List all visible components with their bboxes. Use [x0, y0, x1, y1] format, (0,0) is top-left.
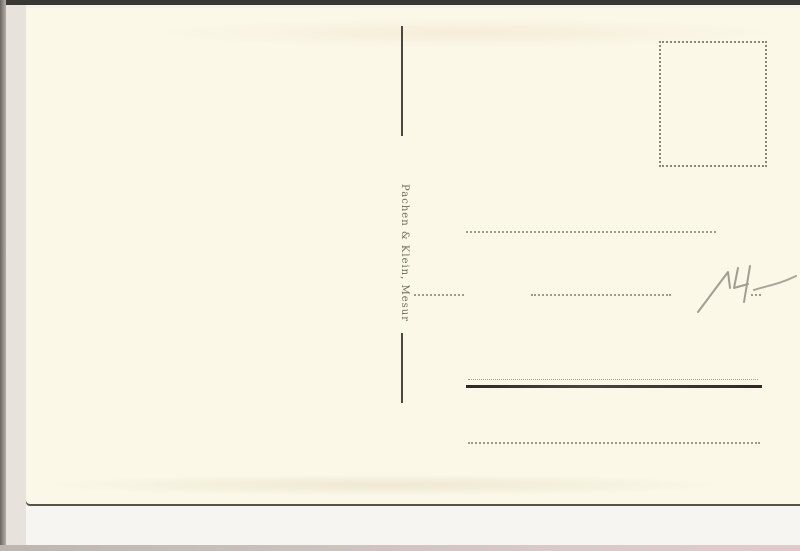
address-line-3 [466, 385, 762, 388]
postcard-back: Pachen & Klein, Mesur 14 [26, 8, 800, 504]
scan-bottom-margin [26, 506, 800, 545]
pencil-note: 14 [694, 254, 800, 318]
scan-left-margin [6, 5, 26, 551]
address-line-2 [531, 294, 671, 296]
address-line-4 [468, 442, 760, 444]
address-line-1 [466, 231, 716, 233]
address-line-3-upper [468, 379, 758, 380]
stamp-box [659, 41, 767, 167]
address-line-2-left [414, 294, 464, 296]
scanner-top-edge [0, 0, 800, 5]
paper-stain-bottom [36, 474, 736, 496]
center-divider-lower [401, 333, 403, 403]
center-divider-upper [401, 26, 403, 136]
publisher-imprint: Pachen & Klein, Mesur [396, 184, 410, 334]
scanner-bottom-edge [0, 545, 800, 551]
